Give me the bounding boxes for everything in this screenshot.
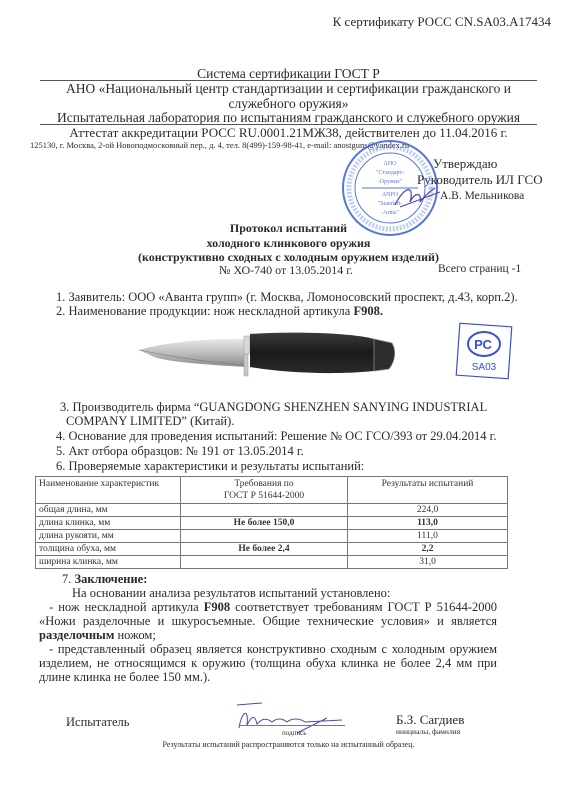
table-row: длина рукояти, мм111,0	[36, 530, 508, 543]
table-row: ширина клинка, мм31,0	[36, 556, 508, 569]
approver-name: А.В. Мельникова	[440, 190, 524, 202]
conclusion-paragraph-2: - представленный образец является констр…	[39, 642, 497, 684]
result-cell: 31,0	[348, 556, 508, 569]
conclusion-title: 7. Заключение:	[62, 572, 147, 587]
product-label: 2. Наименование продукции: нож нескладно…	[56, 304, 353, 318]
result-cell: 224,0	[348, 504, 508, 517]
protocol-subtitle: холодного клинкового оружия	[0, 236, 577, 251]
table-row: длина клинка, ммНе более 150,0113,0	[36, 517, 508, 530]
result-cell: 113,0	[348, 517, 508, 530]
characteristic-cell: общая длина, мм	[36, 504, 181, 517]
header-result: Результаты испытаний	[348, 477, 508, 504]
result-cell: 111,0	[348, 530, 508, 543]
requirement-cell: Не более 150,0	[181, 517, 348, 530]
signature-caption: подпись	[282, 729, 306, 737]
characteristic-cell: толщина обуха, мм	[36, 543, 181, 556]
protocol-title: Протокол испытаний	[0, 221, 577, 236]
conclusion-intro: На основании анализа результатов испытан…	[72, 586, 390, 601]
certificate-reference: К сертификату РОСС CN.SA03.A17434	[333, 14, 551, 30]
product-article: F908.	[353, 304, 383, 318]
table-header-row: Наименование характеристик Требования по…	[36, 477, 508, 504]
test-basis-line: 4. Основание для проведения испытаний: Р…	[56, 429, 496, 444]
tester-label: Испытатель	[66, 715, 129, 730]
characteristic-cell: длина клинка, мм	[36, 517, 181, 530]
svg-text:"Стандарт-: "Стандарт-	[376, 170, 404, 176]
protocol-number: № ХО-740 от 13.05.2014 г.	[219, 263, 353, 278]
requirement-cell	[181, 556, 348, 569]
organization-name-line1: АНО «Национальный центр стандартизации и…	[0, 81, 577, 97]
gost-conformity-mark-icon: РС SA03	[455, 322, 513, 380]
product-line: 2. Наименование продукции: нож нескладно…	[56, 304, 383, 319]
results-table: Наименование характеристик Требования по…	[35, 476, 508, 569]
svg-text:-Arms": -Arms"	[381, 210, 399, 216]
approval-label: Утверждаю	[433, 156, 497, 172]
table-row: толщина обуха, ммНе более 2,42,2	[36, 543, 508, 556]
checked-characteristics-title: 6. Проверяемые характеристики и результа…	[56, 459, 364, 474]
header-requirement: Требования поГОСТ Р 51644-2000	[181, 477, 348, 504]
applicant-line: 1. Заявитель: ООО «Аванта групп» (г. Мос…	[56, 290, 518, 305]
svg-text:РС: РС	[474, 337, 492, 352]
svg-text:АНО: АНО	[384, 161, 398, 167]
tester-name: Б.З. Сагдиев	[396, 712, 464, 728]
conclusion-paragraph-1: - нож нескладной артикула F908 соответст…	[39, 600, 497, 642]
accreditation-line: Аттестат аккредитации РОСС RU.0001.21МЖ3…	[0, 125, 577, 141]
table-row: общая длина, мм224,0	[36, 504, 508, 517]
knife-photo	[134, 325, 424, 385]
sampling-act-line: 5. Акт отбора образцов: № 191 от 13.05.2…	[56, 444, 304, 459]
manufacturer-line-2: COMPANY LIMITED” (Китай).	[66, 414, 234, 429]
footer-note: Результаты испытаний распространяются то…	[0, 740, 577, 749]
svg-text:SA03: SA03	[472, 362, 497, 373]
tester-name-caption: инициалы, фамилия	[396, 727, 460, 736]
characteristic-cell: длина рукояти, мм	[36, 530, 181, 543]
signature-line	[240, 725, 345, 726]
requirement-cell	[181, 530, 348, 543]
characteristic-cell: ширина клинка, мм	[36, 556, 181, 569]
requirement-cell: Не более 2,4	[181, 543, 348, 556]
header-characteristic: Наименование характеристик	[36, 477, 181, 504]
requirement-cell	[181, 504, 348, 517]
manufacturer-line: 3. Производитель фирма “GUANGDONG SHENZH…	[60, 400, 487, 415]
page-count: Всего страниц -1	[438, 263, 521, 275]
result-cell: 2,2	[348, 543, 508, 556]
